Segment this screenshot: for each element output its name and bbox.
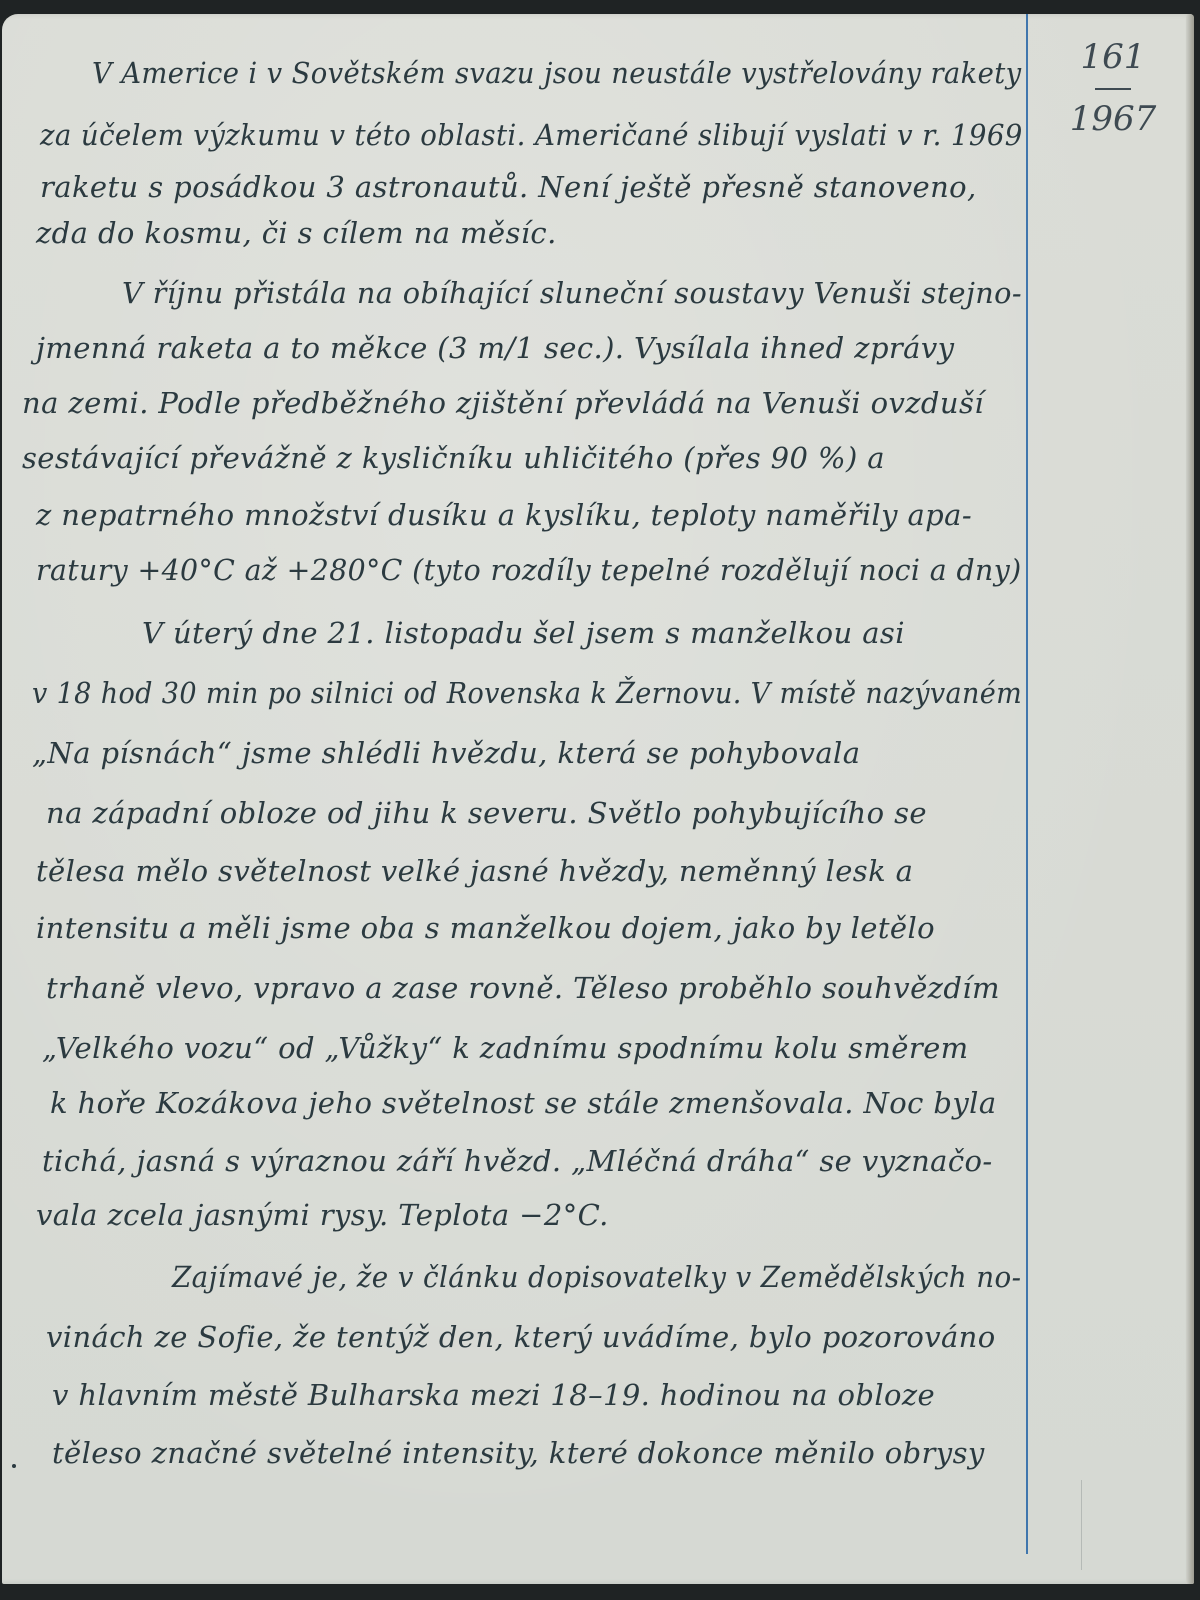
text-line: sestávající převážně z kysličníku uhliči… [22,441,885,475]
margin-note-rule [1095,88,1131,90]
ink-dot [12,1464,16,1468]
text-line: „Velkého vozu“ od „Vůžky“ k zadnímu spod… [42,1031,969,1065]
text-line: zda do kosmu, či s cílem na měsíc. [36,216,557,250]
page-edge [1186,14,1194,1584]
text-line: na zemi. Podle předběžného zjištění přev… [22,386,984,420]
text-line: Zajímavé je, že v článku dopisovatelky v… [172,1260,1021,1294]
text-line: na západní obloze od jihu k severu. Svět… [46,796,927,830]
scanned-page: 161 1967 V Americe i v Sovětském svazu j… [0,0,1200,1600]
text-line: ratury +40°C až +280°C (tyto rozdíly tep… [36,553,1022,587]
text-line: V říjnu přistála na obíhající sluneční s… [122,276,1022,310]
text-line: k hoře Kozákova jeho světelnost se stále… [50,1086,997,1120]
text-line: v 18 hod 30 min po silnici od Rovenska k… [32,676,1022,710]
text-line: v hlavním městě Bulharska mezi 18–19. ho… [52,1378,935,1412]
text-line: intensitu a měli jsme oba s manželkou do… [36,911,935,945]
text-line: tělesa mělo světelnost velké jasné hvězd… [36,854,913,888]
text-line: V Americe i v Sovětském svazu jsou neust… [92,56,1021,90]
fold-crease [1081,1480,1082,1570]
page-number: 161 [1058,40,1168,74]
text-line: vala zcela jasnými rysy. Teplota −2°C. [36,1198,609,1232]
chronicle-year: 1967 [1058,102,1168,136]
text-line: vinách ze Sofie, že tentýž den, který uv… [46,1320,996,1354]
text-line: těleso značné světelné intensity, které … [52,1436,985,1470]
text-line: jmenná raketa a to měkce (3 m/1 sec.). V… [36,331,954,365]
text-line: za účelem výzkumu v této oblasti. Američ… [40,118,1023,152]
margin-line [1026,14,1028,1554]
text-line: „Na písnách“ jsme shlédli hvězdu, která … [32,736,860,770]
text-line: raketu s posádkou 3 astronautů. Není ješ… [40,170,977,204]
text-line: V úterý dne 21. listopadu šel jsem s man… [142,616,905,650]
text-line: z nepatrného množství dusíku a kyslíku, … [36,498,972,532]
text-line: trhaně vlevo, vpravo a zase rovně. Těles… [46,971,1000,1005]
text-line: tichá, jasná s výraznou září hvězd. „Mlé… [42,1144,993,1178]
margin-note: 161 1967 [1058,40,1168,136]
